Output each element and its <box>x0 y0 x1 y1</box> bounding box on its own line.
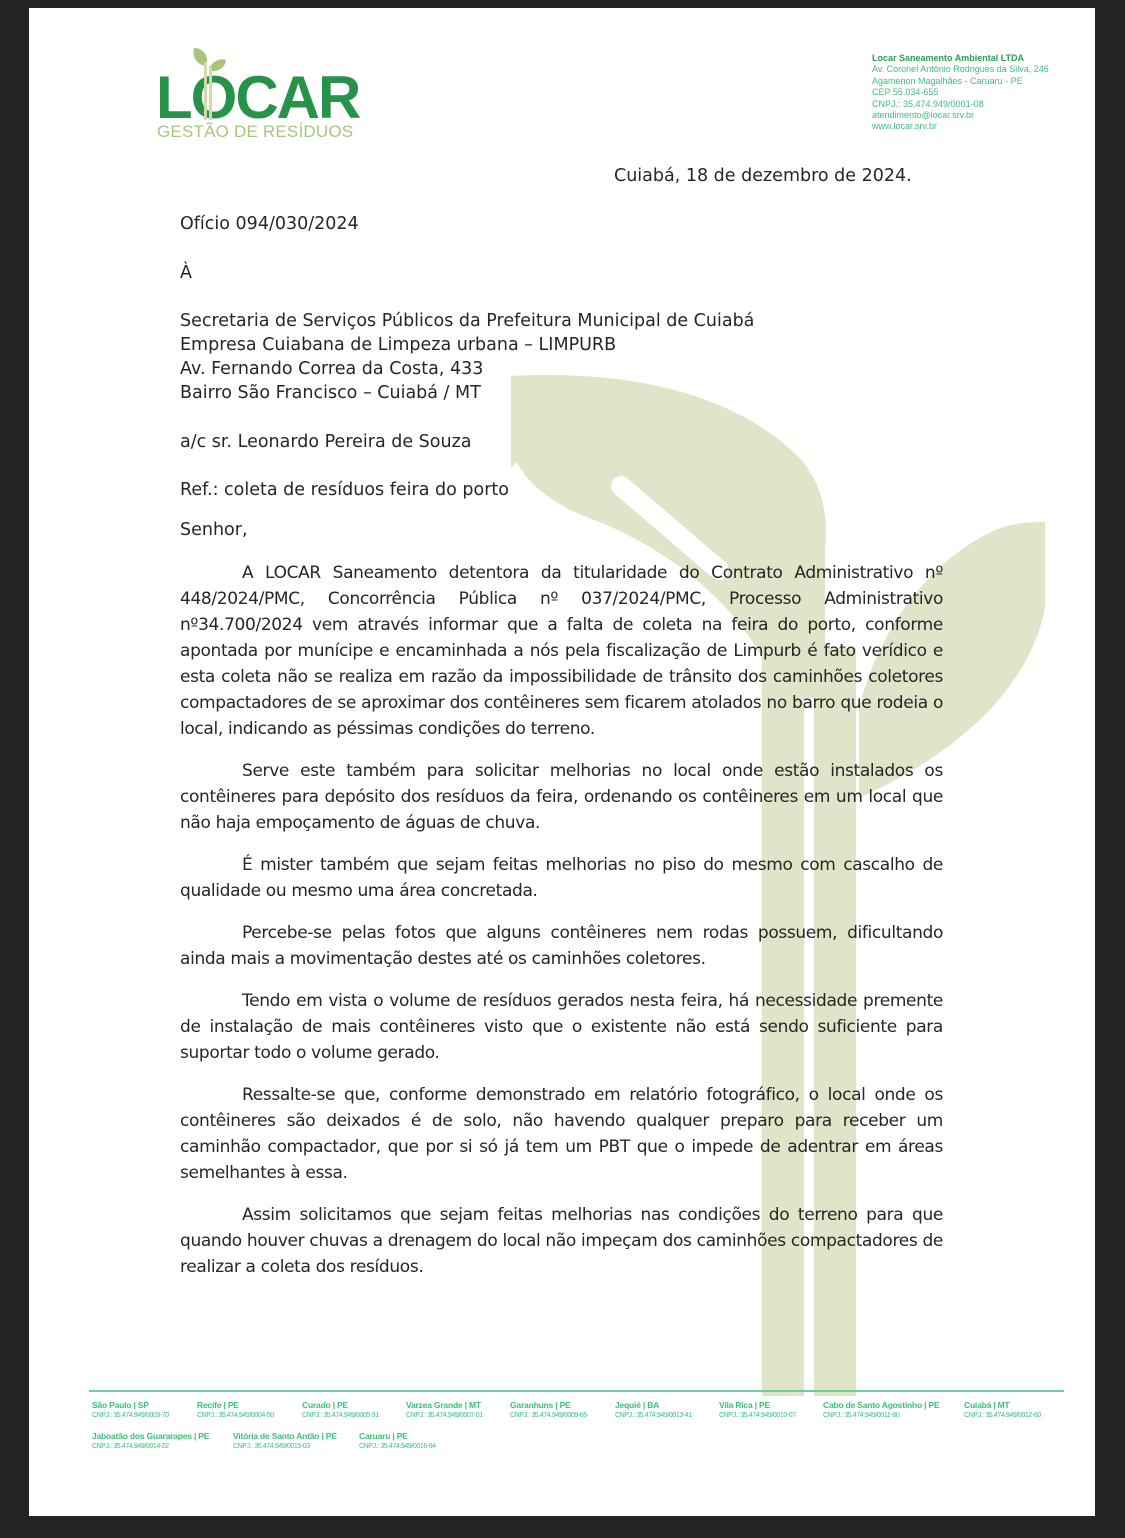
branch-cnpj: CNPJ.: 35.474.949/0004-50 <box>197 1411 274 1421</box>
letter-to: À <box>180 261 192 286</box>
company-email: atendimento@locar.srv.br <box>872 110 1049 121</box>
company-cnpj: CNPJ.: 35.474.949/0001-08 <box>872 99 1049 110</box>
branch-item: Varzea Grande | MT CNPJ.: 35.474.949/000… <box>406 1400 483 1421</box>
letter-reference: Ref.: coleta de resíduos feira do porto <box>180 478 509 503</box>
branch-item: Vitória de Santo Antão | PE CNPJ.: 35.47… <box>233 1431 337 1452</box>
branch-city: Caruaru | PE <box>359 1431 436 1442</box>
recipient-line: Secretaria de Serviços Públicos da Prefe… <box>180 309 754 333</box>
branch-city: Vitória de Santo Antão | PE <box>233 1431 337 1442</box>
locar-logo: LOCAR GESTÃO DE RESÍDUOS <box>156 42 386 152</box>
branch-item: Garanhuns | PE CNPJ.: 35.474.949/0009-65 <box>510 1400 587 1421</box>
branch-city: Jequié | BA <box>615 1400 692 1411</box>
branch-item: Jequié | BA CNPJ.: 35.474.949/0013-41 <box>615 1400 692 1421</box>
branch-item: Curado | PE CNPJ.: 35.474.949/0005-31 <box>302 1400 379 1421</box>
branch-cnpj: CNPJ.: 35.474.949/0005-31 <box>302 1411 379 1421</box>
paragraph: A LOCAR Saneamento detentora da titulari… <box>180 560 943 742</box>
company-info: Locar Saneamento Ambiental LTDA Av. Coro… <box>872 53 1049 133</box>
letter-oficio-number: Ofício 094/030/2024 <box>180 212 359 237</box>
branch-city: Garanhuns | PE <box>510 1400 587 1411</box>
footer-divider <box>89 1390 1064 1392</box>
paragraph: Serve este também para solicitar melhori… <box>180 758 943 836</box>
sprout-icon <box>188 42 228 122</box>
branch-city: Curado | PE <box>302 1400 379 1411</box>
branch-item: Recife | PE CNPJ.: 35.474.949/0004-50 <box>197 1400 274 1421</box>
paragraph: Ressalte-se que, conforme demonstrado em… <box>180 1082 943 1186</box>
company-address-line2: Agamenon Magalhães - Caruaru - PE <box>872 76 1049 87</box>
branch-cnpj: CNPJ.: 35.474.949/0015-03 <box>233 1442 337 1452</box>
logo-tagline: GESTÃO DE RESÍDUOS <box>157 122 353 142</box>
paragraph: Assim solicitamos que sejam feitas melho… <box>180 1202 943 1280</box>
paragraph: É mister também que sejam feitas melhori… <box>180 852 943 904</box>
branch-city: Vila Rica | PE <box>719 1400 796 1411</box>
branch-city: Jaboatão dos Guararapes | PE <box>92 1431 209 1442</box>
recipient-address: Secretaria de Serviços Públicos da Prefe… <box>180 309 754 405</box>
recipient-line: Bairro São Francisco – Cuiabá / MT <box>180 381 754 405</box>
company-website: www.locar.srv.br <box>872 121 1049 132</box>
branch-cnpj: CNPJ.: 35.474.949/0012-60 <box>964 1411 1041 1421</box>
branch-cnpj: CNPJ.: 35.474.949/0010-07 <box>719 1411 796 1421</box>
branch-city: Cabo de Santo Agostinho | PE <box>823 1400 939 1411</box>
branch-city: Recife | PE <box>197 1400 274 1411</box>
branch-city: São Paulo | SP <box>92 1400 169 1411</box>
branch-cnpj: CNPJ.: 35.474.949/0007-01 <box>406 1411 483 1421</box>
branch-item: São Paulo | SP CNPJ.: 35.474.949/0003-70 <box>92 1400 169 1421</box>
branch-city: Cuiabá | MT <box>964 1400 1041 1411</box>
letter-attention: a/c sr. Leonardo Pereira de Souza <box>180 430 472 455</box>
branch-item: Caruaru | PE CNPJ.: 35.474.949/0016-94 <box>359 1431 436 1452</box>
recipient-line: Empresa Cuiabana de Limpeza urbana – LIM… <box>180 333 754 357</box>
branch-cnpj: CNPJ.: 35.474.949/0013-41 <box>615 1411 692 1421</box>
branch-item: Cuiabá | MT CNPJ.: 35.474.949/0012-60 <box>964 1400 1041 1421</box>
branch-cnpj: CNPJ.: 35.474.949/0014-22 <box>92 1442 209 1452</box>
letter-salutation: Senhor, <box>180 518 248 543</box>
branch-item: Vila Rica | PE CNPJ.: 35.474.949/0010-07 <box>719 1400 796 1421</box>
company-cep: CEP 55.034-655 <box>872 87 1049 98</box>
company-name: Locar Saneamento Ambiental LTDA <box>872 53 1049 64</box>
recipient-line: Av. Fernando Correa da Costa, 433 <box>180 357 754 381</box>
paragraph: Percebe-se pelas fotos que alguns contêi… <box>180 920 943 972</box>
letter-paragraphs: A LOCAR Saneamento detentora da titulari… <box>180 560 943 1296</box>
branch-cnpj: CNPJ.: 35.474.949/0011-80 <box>823 1411 939 1421</box>
branch-cnpj: CNPJ.: 35.474.949/0016-94 <box>359 1442 436 1452</box>
branch-cnpj: CNPJ.: 35.474.949/0003-70 <box>92 1411 169 1421</box>
branch-item: Jaboatão dos Guararapes | PE CNPJ.: 35.4… <box>92 1431 209 1452</box>
logo-wordmark: LOCAR <box>156 68 359 128</box>
company-address-line1: Av. Coronel Antônio Rodrigues da Silva, … <box>872 64 1049 75</box>
branch-city: Varzea Grande | MT <box>406 1400 483 1411</box>
letter-page: LOCAR GESTÃO DE RESÍDUOS Locar Saneament… <box>29 8 1095 1516</box>
letter-date: Cuiabá, 18 de dezembro de 2024. <box>614 164 912 189</box>
branch-cnpj: CNPJ.: 35.474.949/0009-65 <box>510 1411 587 1421</box>
paragraph: Tendo em vista o volume de resíduos gera… <box>180 988 943 1066</box>
branch-item: Cabo de Santo Agostinho | PE CNPJ.: 35.4… <box>823 1400 939 1421</box>
